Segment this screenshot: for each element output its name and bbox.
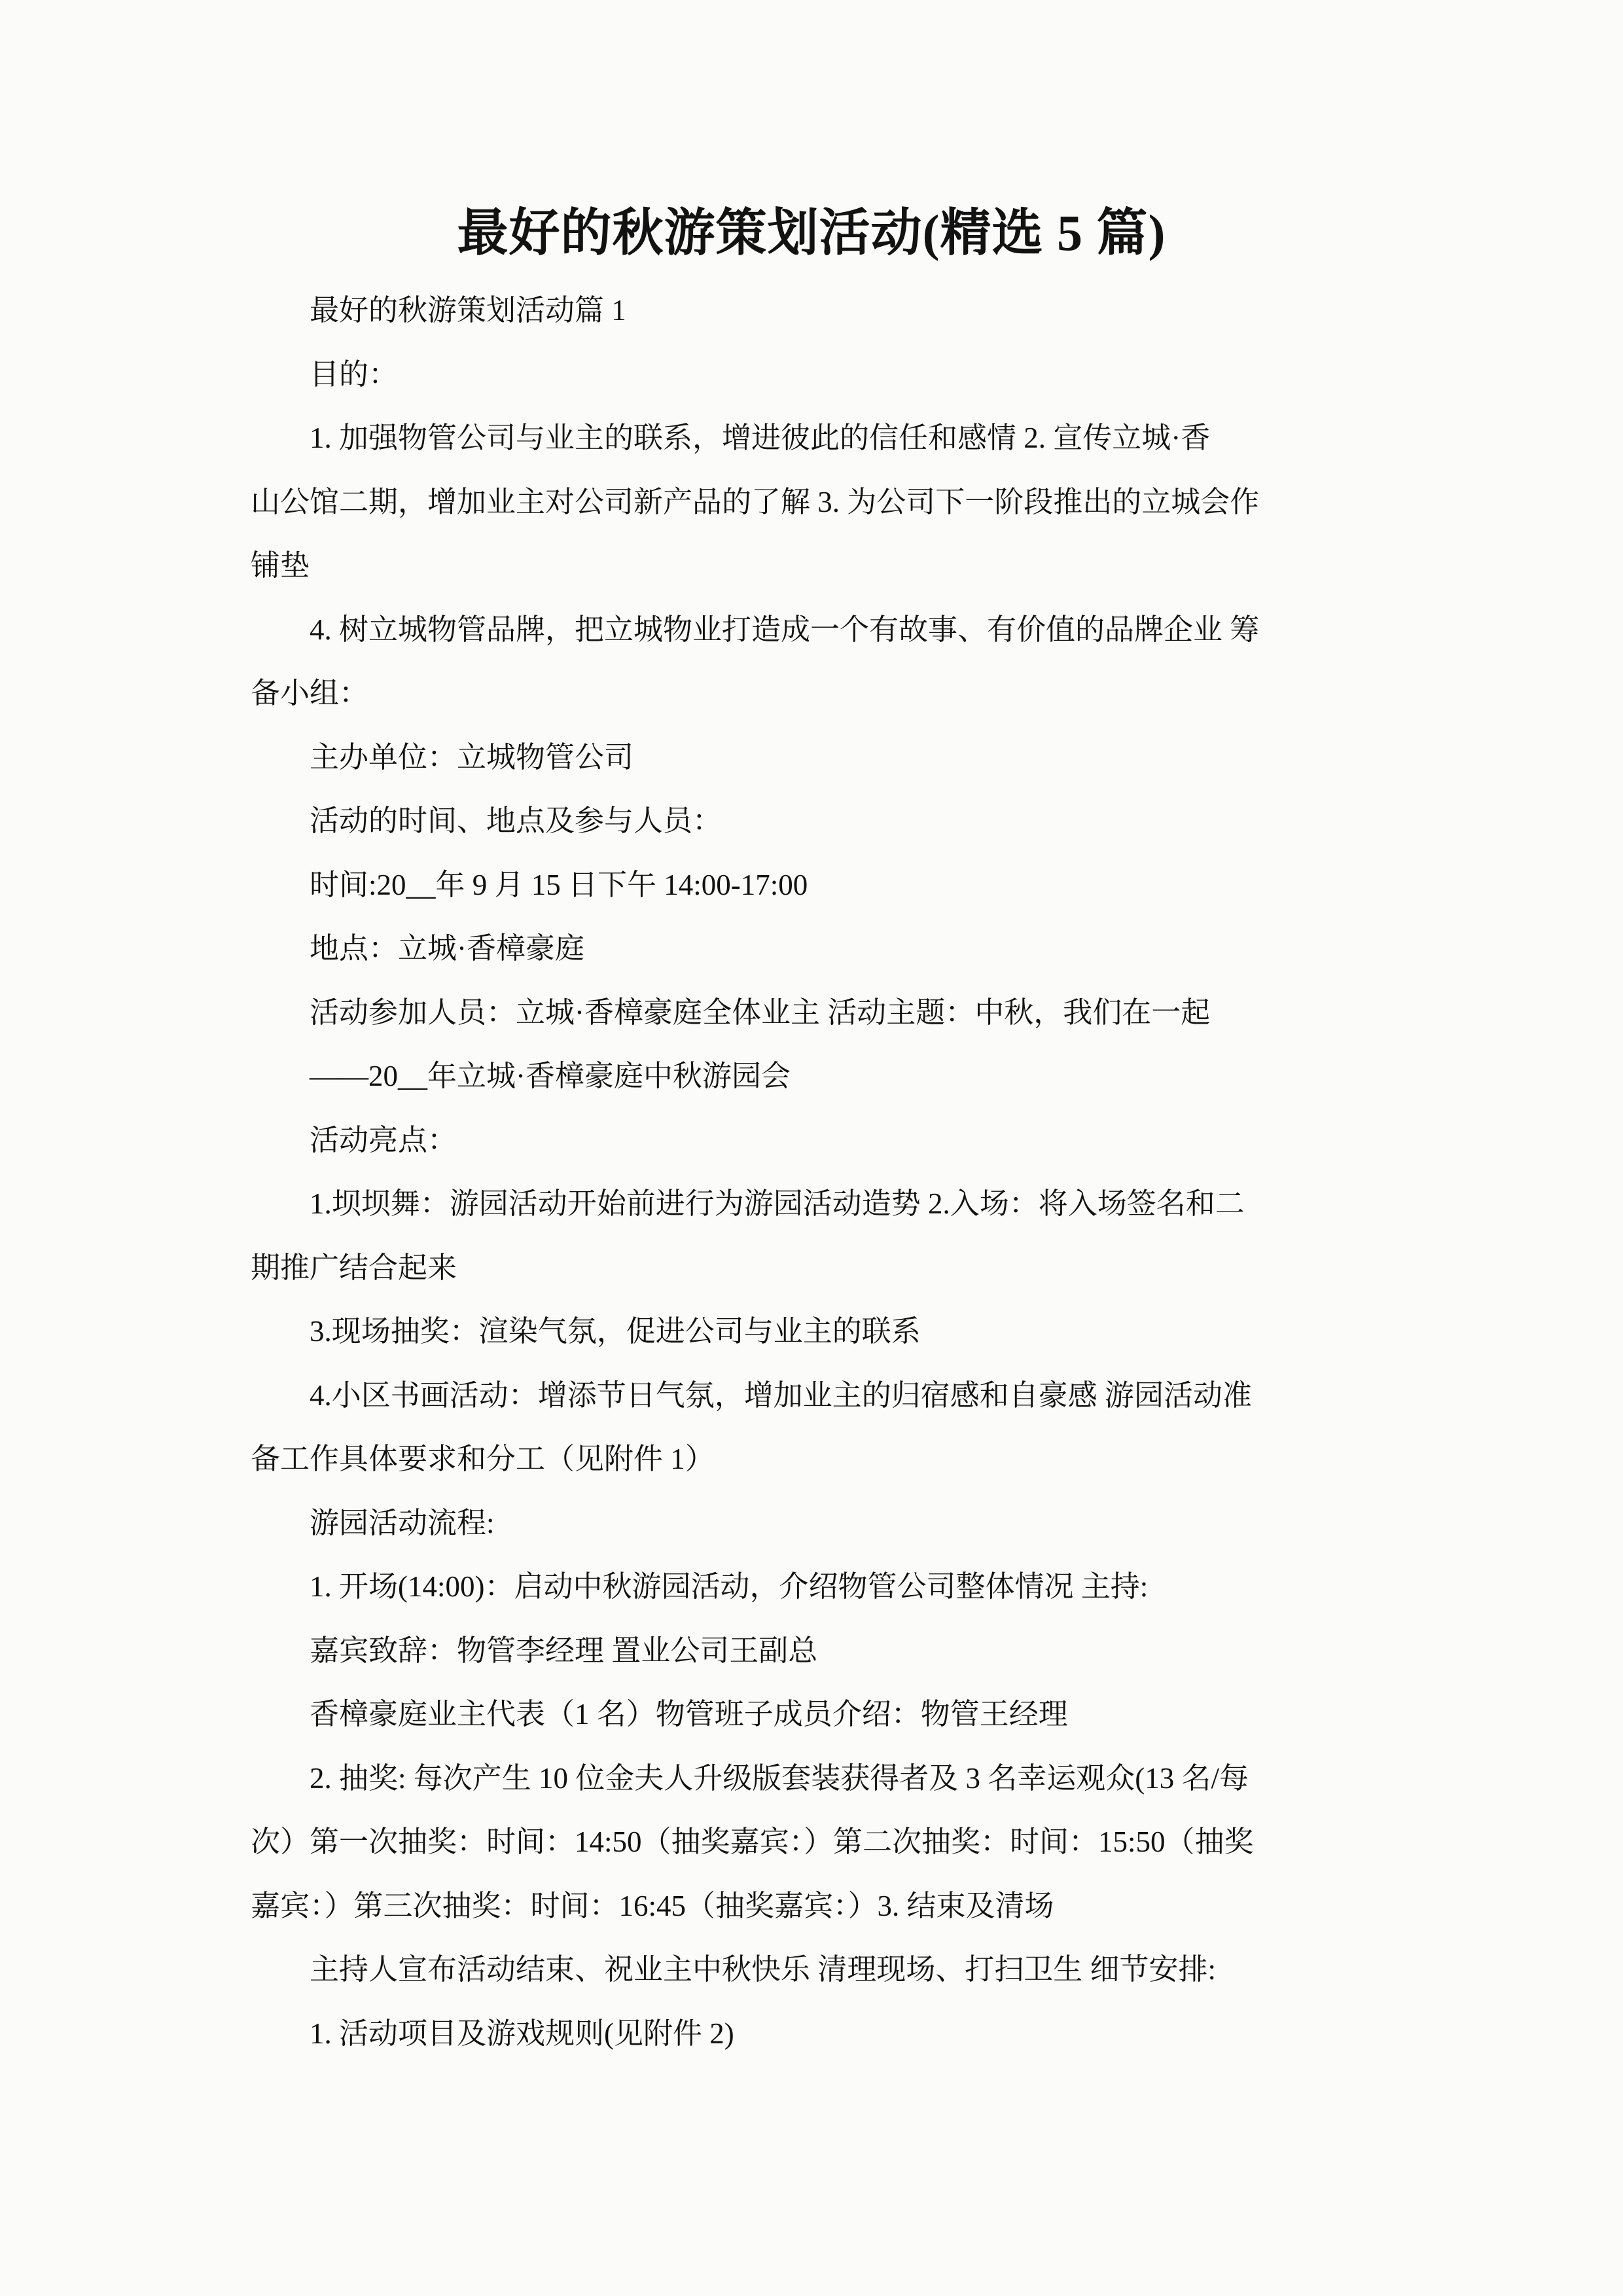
document-title: 最好的秋游策划活动(精选 5 篇) — [0, 200, 1623, 266]
text-line: 山公馆二期，增加业主对公司新产品的了解 3. 为公司下一阶段推出的立城会作 — [251, 471, 1383, 535]
text-line: ——20__年立城·香樟豪庭中秋游园会 — [251, 1045, 1383, 1109]
text-line: 4.小区书画活动：增添节日气氛，增加业主的归宿感和自豪感 游园活动准 — [251, 1364, 1383, 1428]
text-line: 1. 加强物管公司与业主的联系，增进彼此的信任和感情 2. 宣传立城·香 — [251, 406, 1383, 471]
text-line: 地点：立城·香樟豪庭 — [251, 917, 1383, 981]
text-line: 活动的时间、地点及参与人员： — [251, 789, 1383, 853]
text-line: 目的： — [251, 343, 1383, 407]
text-line: 铺垫 — [251, 534, 1383, 598]
text-line: 时间:20__年 9 月 15 日下午 14:00-17:00 — [251, 853, 1383, 918]
text-line: 期推广结合起来 — [251, 1236, 1383, 1300]
text-line: 最好的秋游策划活动篇 1 — [251, 279, 1383, 343]
text-line: 主办单位：立城物管公司 — [251, 726, 1383, 790]
text-line: 主持人宣布活动结束、祝业主中秋快乐 清理现场、打扫卫生 细节安排: — [251, 1938, 1383, 2002]
document-body: 最好的秋游策划活动篇 1目的：1. 加强物管公司与业主的联系，增进彼此的信任和感… — [251, 279, 1383, 2066]
text-line: 1.坝坝舞：游园活动开始前进行为游园活动造势 2.入场：将入场签名和二 — [251, 1172, 1383, 1236]
text-line: 次）第一次抽奖：时间：14:50（抽奖嘉宾：）第二次抽奖：时间：15:50（抽奖 — [251, 1810, 1383, 1874]
text-line: 香樟豪庭业主代表（1 名）物管班子成员介绍：物管王经理 — [251, 1683, 1383, 1747]
text-line: 4. 树立城物管品牌，把立城物业打造成一个有故事、有价值的品牌企业 筹 — [251, 598, 1383, 662]
text-line: 3.现场抽奖：渲染气氛，促进公司与业主的联系 — [251, 1300, 1383, 1364]
text-line: 1. 开场(14:00)：启动中秋游园活动，介绍物管公司整体情况 主持: — [251, 1555, 1383, 1619]
text-line: 嘉宾：）第三次抽奖：时间：16:45（抽奖嘉宾：）3. 结束及清场 — [251, 1874, 1383, 1939]
text-line: 备工作具体要求和分工（见附件 1） — [251, 1427, 1383, 1492]
text-line: 备小组： — [251, 662, 1383, 726]
text-line: 2. 抽奖: 每次产生 10 位金夫人升级版套装获得者及 3 名幸运观众(13 … — [251, 1747, 1383, 1811]
text-line: 活动亮点： — [251, 1109, 1383, 1173]
document-page: 最好的秋游策划活动(精选 5 篇) 最好的秋游策划活动篇 1目的：1. 加强物管… — [0, 0, 1623, 2296]
text-line: 1. 活动项目及游戏规则(见附件 2) — [251, 2002, 1383, 2066]
text-line: 游园活动流程: — [251, 1492, 1383, 1556]
text-line: 活动参加人员：立城·香樟豪庭全体业主 活动主题：中秋，我们在一起 — [251, 981, 1383, 1045]
text-line: 嘉宾致辞：物管李经理 置业公司王副总 — [251, 1619, 1383, 1683]
